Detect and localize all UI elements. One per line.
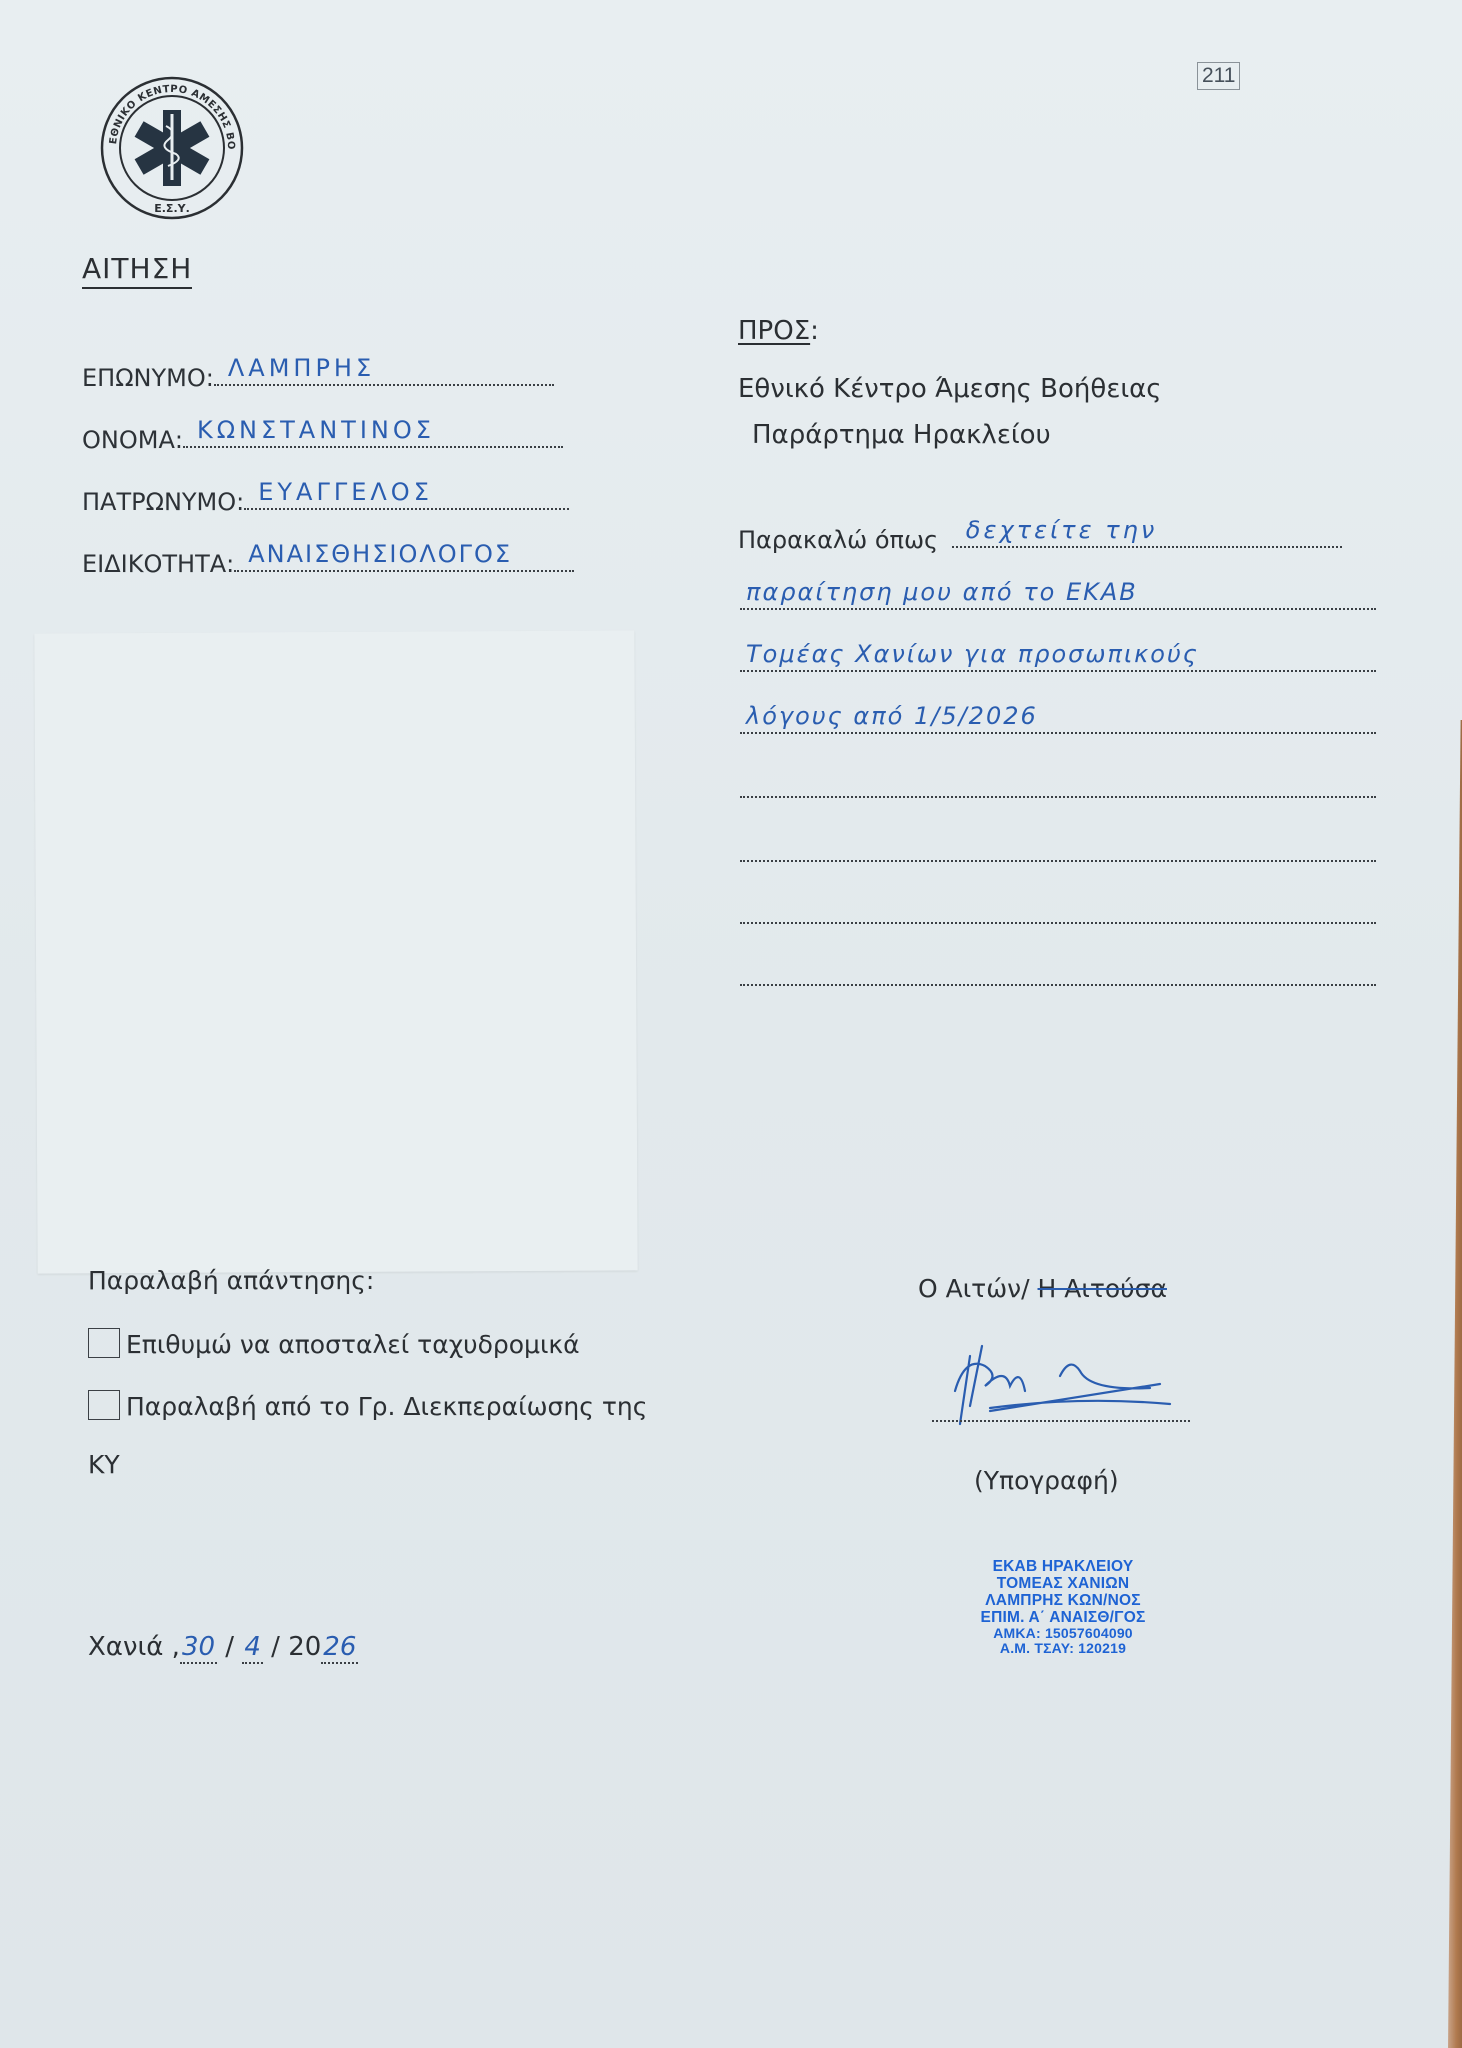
recipient-heading: ΠΡΟΣ: <box>738 316 819 346</box>
date-line[interactable]: Χανιά ,30 / 4 / 2026 <box>88 1632 358 1662</box>
first-name-field[interactable]: ΟΝΟΜΑ:ΚΩΝΣΤΑΝΤΙΝΟΣ <box>82 424 563 454</box>
request-line[interactable] <box>740 958 1376 986</box>
date-day: 30 <box>180 1632 217 1664</box>
reply-continuation: ΚΥ <box>88 1450 120 1479</box>
date-year-suffix: 26 <box>321 1632 358 1664</box>
first-name-value: ΚΩΝΣΤΑΝΤΙΝΟΣ <box>197 416 435 444</box>
recipient-line-1: Εθνικό Κέντρο Άμεσης Βοήθειας <box>738 374 1162 404</box>
request-line[interactable] <box>740 770 1376 798</box>
surname-label: ΕΠΩΝΥΜΟ: <box>82 364 214 392</box>
request-line[interactable]: λόγους από 1/5/2026 <box>740 706 1376 734</box>
reply-heading: Παραλαβή απάντησης: <box>88 1266 374 1295</box>
logo-bottom-text: Ε.Σ.Υ. <box>154 202 190 215</box>
applicant-female-struck: Η Αιτούσα <box>1038 1274 1167 1303</box>
signature-icon <box>930 1336 1180 1426</box>
stamp-line: ΤΟΜΕΑΣ ΧΑΝΙΩΝ <box>950 1575 1176 1592</box>
specialty-value: ΑΝΑΙΣΘΗΣΙΟΛΟΓΟΣ <box>248 540 512 568</box>
pickup-label: Παραλαβή από το Γρ. Διεκπεραίωσης της <box>126 1392 647 1421</box>
signature-label: (Υπογραφή) <box>974 1466 1119 1495</box>
specialty-label: ΕΙΔΙΚΟΤΗΤΑ: <box>82 550 234 578</box>
post-label: Επιθυμώ να αποσταλεί ταχυδρομικά <box>126 1330 580 1359</box>
father-name-value: ΕΥΑΓΓΕΛΟΣ <box>258 478 433 506</box>
applicant-male: Ο Αιτών/ <box>918 1274 1030 1303</box>
redaction-patch <box>34 630 637 1273</box>
page-number: 211 <box>1197 62 1240 90</box>
post-checkbox[interactable] <box>88 1328 120 1358</box>
request-line[interactable] <box>740 896 1376 924</box>
applicant-title: Ο Αιτών/ Η Αιτούσα <box>918 1274 1167 1303</box>
pickup-checkbox[interactable] <box>88 1390 120 1420</box>
request-line[interactable]: Τομέας Χανίων για προσωπικούς <box>740 644 1376 672</box>
stamp-line: ΕΚΑΒ ΗΡΑΚΛΕΙΟΥ <box>950 1558 1176 1575</box>
stamp-line: ΑΜΚΑ: 15057604090 <box>950 1626 1176 1641</box>
surname-field[interactable]: ΕΠΩΝΥΜΟ:ΛΑΜΠΡΗΣ <box>82 362 554 392</box>
father-name-field[interactable]: ΠΑΤΡΩΝΥΜΟ:ΕΥΑΓΓΕΛΟΣ <box>82 486 569 516</box>
stamp-line: ΕΠΙΜ. Α΄ ΑΝΑΙΣΘ/ΓΟΣ <box>950 1609 1176 1626</box>
form-title: ΑΙΤΗΣΗ <box>82 252 192 289</box>
request-line[interactable]: παραίτηση μου από το ΕΚΑΒ <box>740 582 1376 610</box>
stamp-line: ΛΑΜΠΡΗΣ ΚΩΝ/ΝΟΣ <box>950 1592 1176 1609</box>
signature-line[interactable] <box>932 1420 1190 1422</box>
request-first-line[interactable]: Παρακαλώ όπως δεχτείτε την <box>738 524 1342 554</box>
surname-value: ΛΑΜΠΡΗΣ <box>228 354 375 382</box>
request-line[interactable] <box>740 834 1376 862</box>
official-stamp: ΕΚΑΒ ΗΡΑΚΛΕΙΟΥ ΤΟΜΕΑΣ ΧΑΝΙΩΝ ΛΑΜΠΡΗΣ ΚΩΝ… <box>950 1558 1176 1656</box>
first-name-label: ΟΝΟΜΑ: <box>82 426 183 454</box>
father-name-label: ΠΑΤΡΩΝΥΜΟ: <box>82 488 244 516</box>
reply-option-pickup[interactable]: Παραλαβή από το Γρ. Διεκπεραίωσης της <box>88 1390 647 1421</box>
ekav-logo-icon: ΕΘΝΙΚΟ ΚΕΝΤΡΟ ΑΜΕΣΗΣ ΒΟΗΘΕΙΑΣ Ε.Σ.Υ. <box>98 74 246 222</box>
request-line-1: δεχτείτε την <box>966 516 1158 544</box>
date-month: 4 <box>242 1632 263 1664</box>
date-year-prefix: 20 <box>288 1632 321 1662</box>
reply-option-post[interactable]: Επιθυμώ να αποσταλεί ταχυδρομικά <box>88 1328 580 1359</box>
specialty-field[interactable]: ΕΙΔΙΚΟΤΗΤΑ:ΑΝΑΙΣΘΗΣΙΟΛΟΓΟΣ <box>82 548 574 578</box>
request-prefix: Παρακαλώ όπως <box>738 526 938 554</box>
date-place: Χανιά , <box>88 1632 180 1662</box>
stamp-line: Α.Μ. ΤΣΑΥ: 120219 <box>950 1641 1176 1656</box>
recipient-line-2: Παράρτημα Ηρακλείου <box>752 420 1051 450</box>
